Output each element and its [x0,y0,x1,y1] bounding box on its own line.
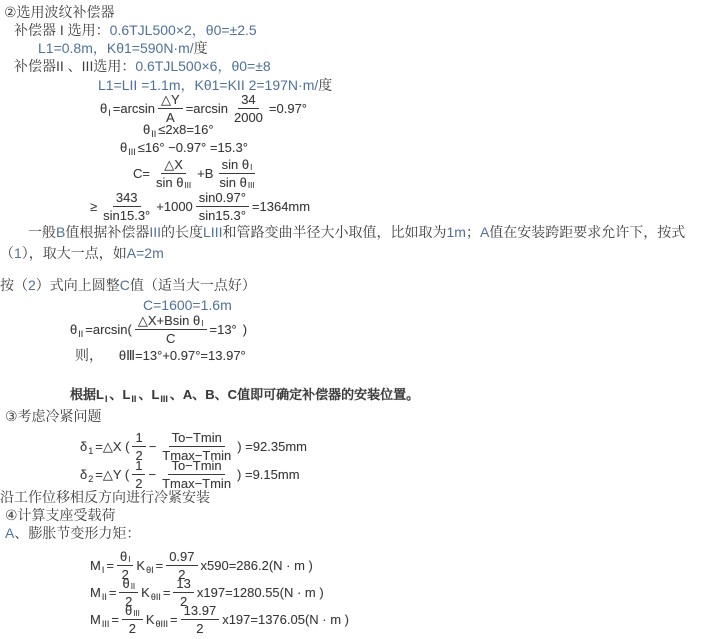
text-zh: 一般 [28,224,56,240]
formula-term: =1364mm [252,199,310,214]
formula-term: =arcsin [113,101,155,116]
formula-c-value-bound: ≥ 343 sin15.3° +1000 sin0.97° sin15.3° =… [90,190,310,223]
text-lat: 1 [14,245,22,261]
formula-c-definition: C= △X sin θIII +B sin θI sin θIII [133,157,261,190]
fraction: △X sin θIII [153,157,194,190]
formula-term: +1000 [156,199,193,214]
numerator: θI [117,549,133,566]
text-lat: A [480,224,489,240]
fraction: △X+Bsin θI C [135,313,207,346]
formula-term: − [149,439,157,454]
formula-term: θ [70,322,77,337]
text-zh: 值根据补偿器 [65,224,149,240]
text-zh: 和管路变曲半径大小取值，比如取为 [222,224,446,240]
formula-term: 、L [138,387,159,402]
text-zh: 则， [75,347,103,363]
text-zh: ），取大一点，如 [22,245,127,261]
text-zh: 、膨胀节变形力矩： [14,525,140,541]
formula-term: = [170,612,178,627]
formula-theta-ii-limit: θ II ≤2x8=16° [143,122,214,137]
formula-term: K [136,558,145,573]
formula-term: M [90,612,101,627]
formula-term: 根据L [70,387,104,402]
param-values: L1=LII =1.1m，Kθ1=KII 2=197N·m/ [98,77,318,93]
formula-term: 、L [109,387,130,402]
text-lat: 1m [446,224,465,240]
formula-term: θ [120,140,127,155]
subscript: III [102,617,110,632]
subscript: I [128,552,130,567]
formula-theta-i: θ I =arcsin △Y A =arcsin 34 2000 =0.97° [100,92,307,125]
formula-term: K [146,612,155,627]
unit-zh: 度 [318,77,332,93]
formula-term: δ [80,467,87,482]
subscript: II [78,327,83,342]
subscript: I [201,316,203,331]
document-page: ②选用波纹补偿器 补偿器 I 选用：0.6TJL500×2，θ0=±2.5 L1… [0,0,713,639]
compensator-1-selection: 补偿器 I 选用：0.6TJL500×2，θ0=±2.5 [14,21,257,39]
model-spec: 0.6TJL500×6，θ0=±8 [135,58,270,74]
subscript: I [105,392,108,407]
text-lat: B [56,224,65,240]
numerator: △X [161,157,186,174]
text-zh: 的长度 [161,224,203,240]
formula-term: θ [100,101,107,116]
denominator: sin15.3° [100,207,153,223]
numerator: 34 [238,92,258,109]
line-cold-install-direction: 沿工作位移相反方向进行冷紧安装 [0,488,210,506]
formula-term: ) =92.35mm [237,439,307,454]
numerator: θIII [122,603,143,620]
formula-theta-arcsin: θ II =arcsin( △X+Bsin θI C =13° ) [70,313,247,346]
line-moment-heading: A、膨胀节变形力矩： [5,524,140,542]
line-then-result: 则， θⅢ=13°+0.97°=13.97° [75,346,246,364]
formula-term: θ [143,122,150,137]
subscript: θIII [156,617,169,632]
denominator: sin θIII [153,174,194,190]
fraction: sin0.97° sin15.3° [196,190,249,223]
text-zh: 值（适当大一点好） [130,277,256,293]
subscript: II [131,392,136,407]
theta-iii-result: θⅢ=13°+0.97°=13.97° [119,348,246,363]
subscript: 1 [88,444,93,459]
formula-theta-iii-limit: θ III ≤16° −0.97° =15.3° [120,140,248,155]
c-rounded-value: C=1600=1.6m [143,296,232,314]
fraction: To−Tmin Tmax−Tmin [159,458,234,491]
fraction: △Y A [158,92,183,125]
numerator: To−Tmin [168,458,224,475]
text-lat: 2 [28,277,36,293]
compensator-1-params: L1=0.8m，Kθ1=590N·m/度 [38,39,208,57]
unit-zh: 度 [194,40,208,56]
compensator-23-selection: 补偿器II 、III选用：0.6TJL500×6，θ0=±8 [14,57,271,75]
numerator: 343 [113,190,141,207]
numerator: To−Tmin [169,430,225,447]
text-lat: A [5,525,14,541]
formula-term: =arcsin [186,101,228,116]
denominator: sin15.3° [196,207,249,223]
fraction: 1 2 [132,458,145,491]
subscript: III [160,392,168,407]
formula-term: +B [197,166,213,181]
line-install-position: 根据L I 、L II 、L III 、A、B、C值即可确定补偿器的安装位置。 [70,387,419,402]
formula-term: = [109,585,117,600]
formula-term: ≥ [90,199,97,214]
numerator: 1 [132,430,145,447]
text-zh: ； [466,224,480,240]
formula-term: M [90,558,101,573]
param-values: L1=0.8m，Kθ1=590N·m/ [38,40,194,56]
fraction: 13.97 2 [181,603,220,636]
formula-term: =△Y ( [95,467,129,482]
subscript: II [131,579,135,594]
text-lat: III [149,224,161,240]
denominator: 2000 [231,109,266,125]
denominator: sin θIII [216,174,257,190]
formula-term: ) =9.15mm [237,467,300,482]
text-zh: 按（ [0,277,28,293]
formula-term: − [148,467,156,482]
fraction: 34 2000 [231,92,266,125]
formula-term: x197=1280.55(N · m ) [197,585,324,600]
numerator: 13.97 [181,603,220,620]
numerator: 1 [132,458,145,475]
formula-term: = [156,558,164,573]
numerator: △X+Bsin θI [135,313,207,330]
text-zh: ）式向上圆整 [36,277,120,293]
subscript: 2 [88,472,93,487]
formula-term: M [90,585,101,600]
numerator: △Y [158,92,183,109]
section-title-cold-tension: ③考虑冷紧问题 [5,407,102,425]
formula-term: C= [133,166,150,181]
numerator: sin0.97° [196,190,249,207]
line-round-c: 按（2）式向上圆整C值（适当大一点好） [0,276,256,294]
numerator: θII [119,576,138,593]
text-lat: A=2m [127,245,164,261]
subscript: III [133,606,140,621]
formula-term: =△X ( [95,439,129,454]
section-title-support-load: ④计算支座受载荷 [5,506,116,524]
formula-term: ≤2x8=16° [158,122,213,137]
section-title-bellows: ②选用波纹补偿器 [4,3,115,21]
formula-term: =arcsin( [85,322,132,337]
formula-term: x197=1376.05(N · m ) [222,612,349,627]
formula-term: =13° [210,322,237,337]
formula-term: =0.97° [269,101,307,116]
denominator: 2 [126,620,139,636]
denominator: 2 [193,620,206,636]
text-lat: LIII [203,224,222,240]
numerator: 0.97 [166,549,197,566]
subscript: I [108,106,111,121]
denominator: C [163,330,178,346]
formula-term: δ [80,439,87,454]
fraction: sin θI sin θIII [216,157,257,190]
fraction: θIII 2 [122,603,143,636]
formula-term: = [106,558,114,573]
formula-term: ) [243,322,247,337]
text-lat: C [120,277,130,293]
formula-term: K [141,585,150,600]
formula-delta-2: δ 2 =△Y ( 1 2 − To−Tmin Tmax−Tmin ) =9.1… [80,458,300,491]
subscript: I [250,160,252,175]
formula-moment-iii: M III = θIII 2 K θIII = 13.97 2 x197=137… [90,603,349,636]
numerator: sin θI [219,157,256,174]
formula-term: 、A、B、C值即可确定补偿器的安装位置。 [170,387,419,402]
formula-term: ≤16° −0.97° =15.3° [138,140,248,155]
formula-term: = [163,585,171,600]
paragraph-b-a-values: 一般B值根据补偿器III的长度LIII和管路变曲半径大小取值，比如取为1m；A值… [0,222,712,264]
model-spec: 0.6TJL500×2，θ0=±2.5 [110,22,257,38]
formula-term: = [111,612,119,627]
text-zh: 补偿器 I 选用： [14,22,110,38]
text-zh: 补偿器II 、III选用： [14,58,135,74]
numerator: 13 [173,576,193,593]
fraction: 343 sin15.3° [100,190,153,223]
formula-term: x590=286.2(N · m ) [201,558,313,573]
